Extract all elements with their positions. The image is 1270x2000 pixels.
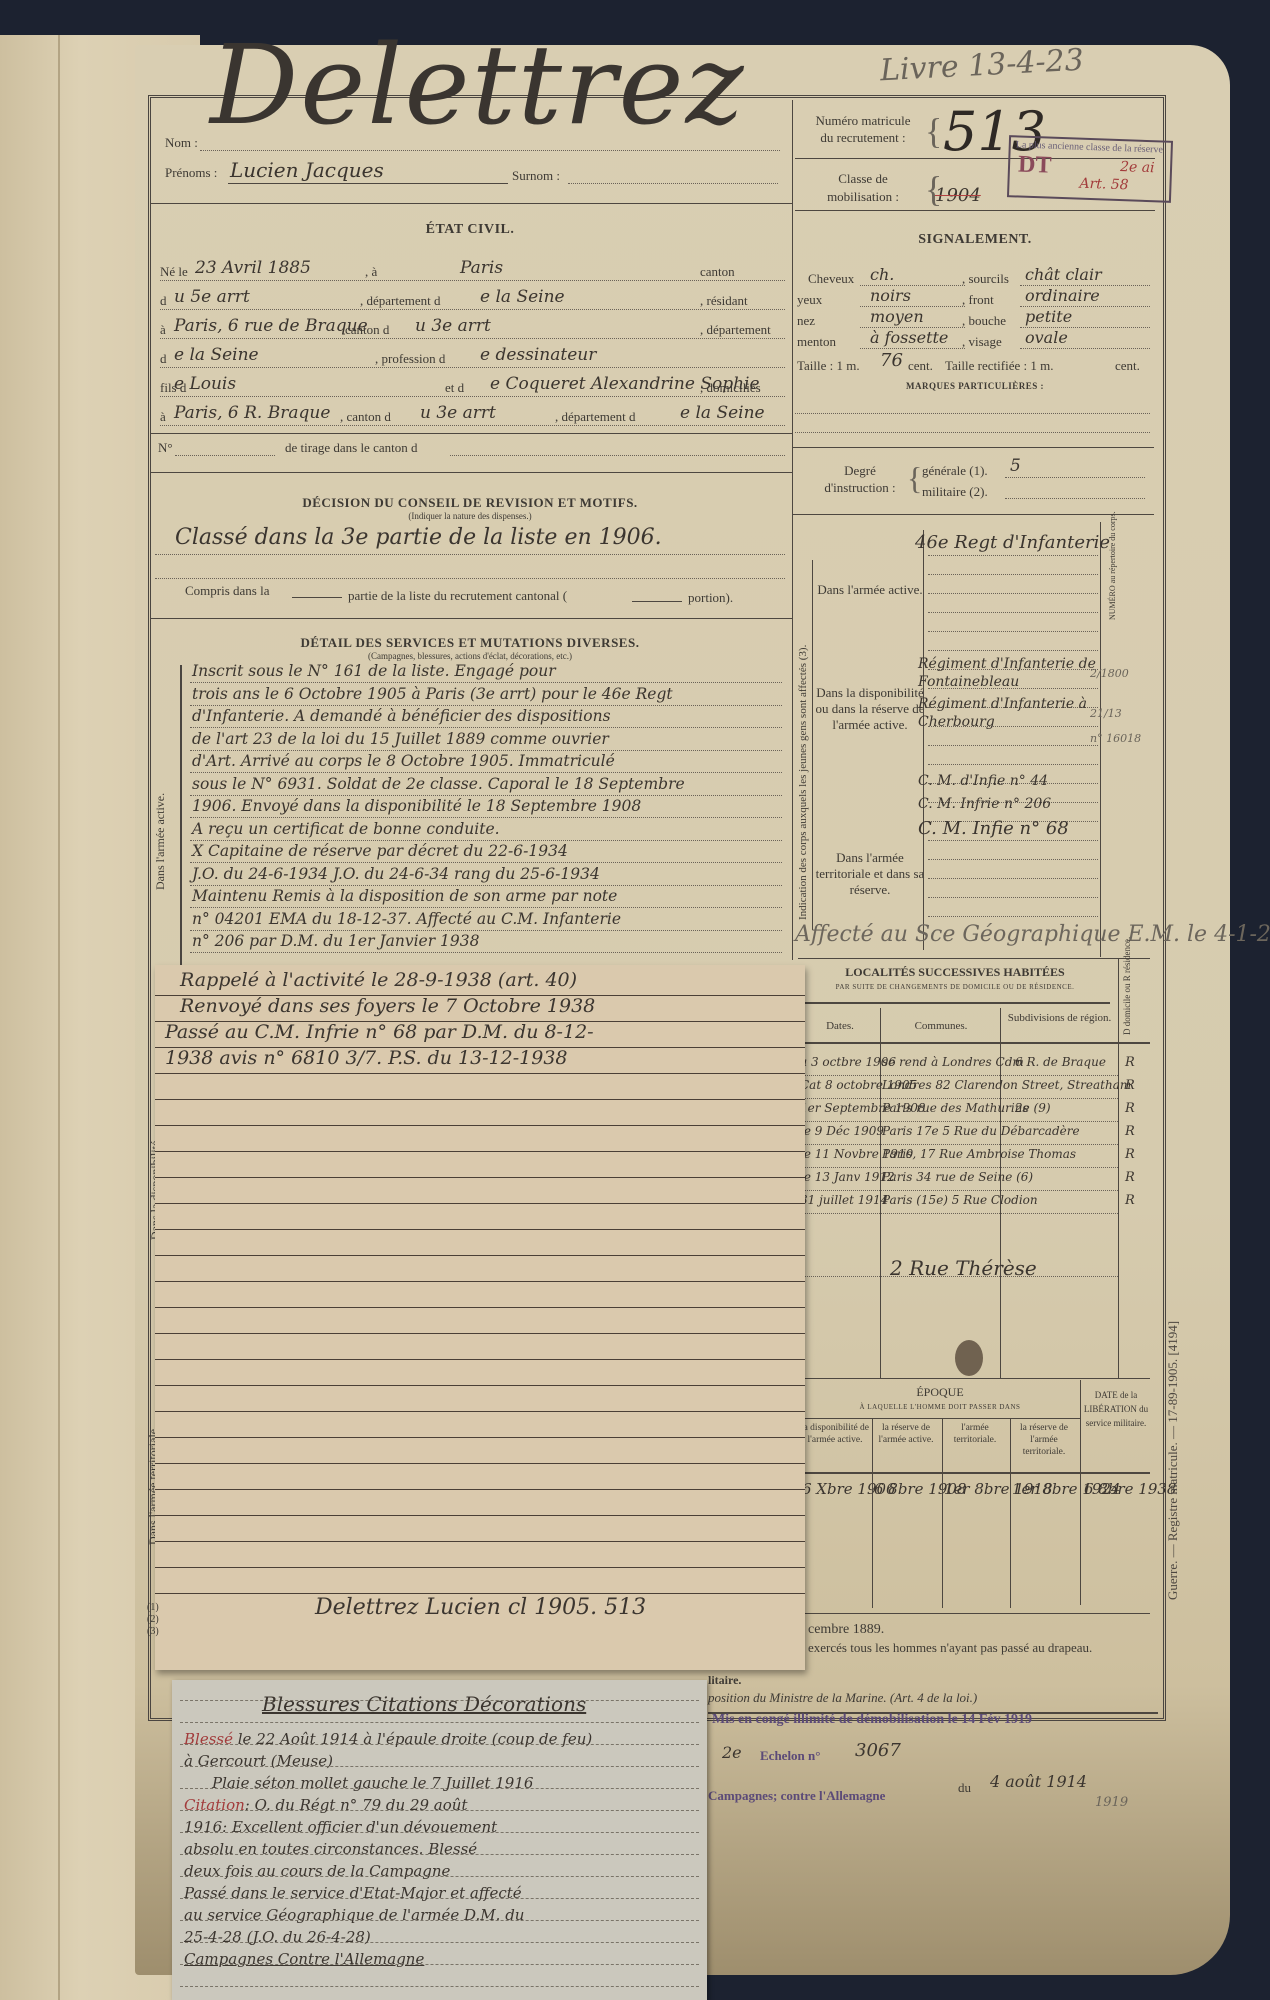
surnom-label: Surnom : xyxy=(512,168,560,184)
prenoms-value: Lucien Jacques xyxy=(230,158,384,182)
localites-commune: Paris, 17 Rue Ambroise Thomas xyxy=(882,1147,1076,1161)
blessure-line: au service Géographique de l'armée D.M. … xyxy=(184,1906,524,1924)
localites-col-dates: Dates. xyxy=(800,1020,880,1032)
corps-reserve-entry: C. M. d'Infie n° 44 xyxy=(918,772,1098,790)
etat-value: e la Seine xyxy=(480,287,565,307)
service-line: d'Infanterie. A demandé à bénéficier des… xyxy=(192,707,611,725)
nom-label: Nom : xyxy=(165,135,198,151)
liberation-value: 6 8bre 1938 xyxy=(1084,1480,1176,1498)
slip-service-line: Passé au C.M. Infrie n° 68 par D.M. du 8… xyxy=(165,1021,594,1043)
service-line: n° 04201 EMA du 18-12-37. Affecté au C.M… xyxy=(192,910,621,928)
ink-stain xyxy=(955,1340,983,1376)
epoque-subtitle: À LAQUELLE L'HOMME DOIT PASSER DANS xyxy=(800,1403,1080,1411)
footnote-markers: (1) (2) (3) xyxy=(147,1602,159,1638)
etat-value: u 3e arrt xyxy=(415,316,491,336)
campagnes-stamp: Campagnes; contre l'Allemagne xyxy=(708,1788,885,1804)
corps-reserve-entry: C. M. Infie n° 68 xyxy=(918,820,1098,838)
slip-signature: Delettrez Lucien cl 1905. 513 xyxy=(315,1595,646,1620)
localites-subdivision: 6 R. de Braque xyxy=(1015,1055,1106,1069)
etat-value: 23 Avril 1885 xyxy=(195,258,311,278)
localites-commune: 2 Rue Thérèse xyxy=(890,1256,1037,1280)
localites-date: le 13 Janv 1912 xyxy=(800,1170,895,1184)
taille-value: 76 xyxy=(880,350,903,371)
localites-type: R xyxy=(1125,1124,1135,1139)
blessure-line: 25-4-28 (J.O. du 26-4-28) xyxy=(184,1928,371,1946)
corps-active-label: Dans l'armée active. xyxy=(815,582,925,598)
services-title: DÉTAIL DES SERVICES ET MUTATIONS DIVERSE… xyxy=(150,635,790,651)
blessure-line: Plaie séton mollet gauche le 7 Juillet 1… xyxy=(212,1774,533,1792)
marine-note: position du Ministre de la Marine. (Art.… xyxy=(708,1690,977,1706)
service-line: J.O. du 24-6-1934 J.O. du 24-6-34 rang d… xyxy=(192,865,600,883)
localites-row: 2 Rue Thérèse xyxy=(800,1256,1150,1278)
service-line: 1906. Envoyé dans la disponibilité le 18… xyxy=(192,797,641,815)
service-line: trois ans le 6 Octobre 1905 à Paris (3e … xyxy=(192,685,673,703)
corps-reserve-entry: C. M. Infrie n° 206 xyxy=(918,795,1098,813)
localites-commune: se rend à Londres Cdm xyxy=(882,1055,1024,1069)
localites-commune: Londres 82 Clarendon Street, Streatham xyxy=(882,1078,1131,1092)
localites-commune: Paris 34 rue de Seine (6) xyxy=(882,1170,1033,1184)
blessure-line: Citation: O. du Régt n° 79 du 29 août xyxy=(184,1796,467,1814)
exerces-note: exercés tous les hommes n'ayant pas pass… xyxy=(808,1640,1092,1656)
localites-row: le 11 Novbre 1910Paris, 17 Rue Ambroise … xyxy=(800,1147,1150,1169)
service-line: sous le N° 6931. Soldat de 2e classe. Ca… xyxy=(192,775,685,793)
etat-value: e Louis xyxy=(174,374,236,394)
localites-row: le 9 Déc 1909Paris 17e 5 Rue du Débarcad… xyxy=(800,1124,1150,1146)
localites-row: 31 juillet 1914Paris (15e) 5 Rue Clodion… xyxy=(800,1193,1150,1215)
corps-reserve-entry: Régiment d'Infanterie à Cherbourg xyxy=(918,695,1098,731)
etat-civil-line: Né le23 Avril 1885, àPariscanton xyxy=(160,258,785,284)
red-keyword: Citation xyxy=(184,1796,245,1814)
signalement-value: à fossette xyxy=(870,328,948,347)
campagnes-from: 4 août 1914 xyxy=(990,1772,1087,1791)
slip-service-line: 1938 avis n° 6810 3/7. P.S. du 13-12-193… xyxy=(165,1047,568,1069)
etat-civil-line: du 5e arrt, département de la Seine, rés… xyxy=(160,287,785,313)
tirage-label: N° xyxy=(158,440,173,456)
etat-civil-line: àParis, 6 rue de Braquecanton du 3e arrt… xyxy=(160,316,785,342)
signalement-value: petite xyxy=(1025,307,1072,326)
corps-vertical-label: Indication des corps auxquels les jeunes… xyxy=(797,645,809,920)
blessure-line: 1916: Excellent officier d'un dévouement xyxy=(184,1818,497,1836)
conseil-subtitle: (Indiquer la nature des dispenses.) xyxy=(150,511,790,521)
classe-value: 1904 xyxy=(935,185,981,206)
localites-col-subdivisions: Subdivisions de région. xyxy=(1002,1012,1117,1025)
echelon-hw: 2e xyxy=(722,1743,742,1762)
epoque-col-header: la disponibilité de l'armée active. xyxy=(800,1422,870,1446)
localites-type: R xyxy=(1125,1193,1135,1208)
corps-footer-note: Affecté au Sce Géographique E.M. le 4-1-… xyxy=(795,922,1270,947)
decembre-note: cembre 1889. xyxy=(808,1622,884,1638)
signalement-value: ordinaire xyxy=(1025,286,1100,305)
blessures-title: Blessures Citations Décorations xyxy=(262,1692,586,1716)
localites-type: R xyxy=(1125,1101,1135,1116)
localites-commune: Paris (15e) 5 Rue Clodion xyxy=(882,1193,1038,1207)
conseil-title: DÉCISION DU CONSEIL DE REVISION ET MOTIF… xyxy=(150,495,790,511)
corps-repertoire-number: 21/13 xyxy=(1090,707,1122,720)
compris-label: Compris dans la xyxy=(185,583,270,599)
conge-stamp: Mis en congé illimité de démobilisation … xyxy=(712,1712,1032,1728)
blessure-line: Passé dans le service d'Etat-Major et af… xyxy=(184,1884,522,1902)
service-line: Maintenu Remis à la disposition de son a… xyxy=(192,887,617,905)
localites-date: le 9 Déc 1909 xyxy=(800,1124,884,1138)
etat-value: u 3e arrt xyxy=(420,403,496,423)
prenoms-label: Prénoms : xyxy=(165,165,217,181)
epoque-col-header: la réserve de l'armée active. xyxy=(872,1422,940,1446)
corps-active-entry: 46e Regt d'Infanterie xyxy=(915,532,1110,553)
etat-value: Paris xyxy=(460,258,503,278)
etat-value: e la Seine xyxy=(680,403,765,423)
classe-label: Classe de mobilisation : xyxy=(808,170,918,206)
slip-service-line: Renvoyé dans ses foyers le 7 Octobre 193… xyxy=(180,995,595,1017)
book-spine-fold xyxy=(58,35,60,2000)
etat-civil-line: fils de Louiset de Coqueret Alexandrine … xyxy=(160,374,785,400)
localites-subtitle: PAR SUITE DE CHANGEMENTS DE DOMICILE OU … xyxy=(800,983,1110,991)
etat-value: e la Seine xyxy=(174,345,259,365)
blessure-line: deux fois au cours de la Campagne xyxy=(184,1862,450,1880)
etat-civil-line: àParis, 6 R. Braque, canton du 3e arrt, … xyxy=(160,403,785,429)
service-line: X Capitaine de réserve par décret du 22-… xyxy=(192,842,568,860)
service-line: de l'art 23 de la loi du 15 Juillet 1889… xyxy=(192,730,609,748)
epoque-col-header: l'armée territoriale. xyxy=(942,1422,1008,1446)
reserve-stamp: La plus ancienne classe de la réserve DT… xyxy=(1007,135,1173,203)
localites-row: le 13 Janv 1912Paris 34 rue de Seine (6)… xyxy=(800,1170,1150,1192)
epoque-title: ÉPOQUE xyxy=(800,1385,1080,1400)
signalement-value: noirs xyxy=(870,286,911,305)
conseil-decision: Classé dans la 3e partie de la liste en … xyxy=(175,525,662,550)
corps-repertoire-number: 2/1800 xyxy=(1090,667,1129,680)
pasted-slip-services: Rappelé à l'activité le 28-9-1938 (art. … xyxy=(155,965,805,1670)
marques-label: MARQUES PARTICULIÈRES : xyxy=(795,381,1155,391)
signalement-value: chât clair xyxy=(1025,265,1102,284)
litaire-note: litaire. xyxy=(708,1673,741,1688)
localites-type: R xyxy=(1125,1147,1135,1162)
localites-commune: Paris 17e 5 Rue du Débarcadère xyxy=(882,1124,1080,1138)
etat-value: u 5e arrt xyxy=(174,287,250,307)
service-line: d'Art. Arrivé au corps le 8 Octobre 1905… xyxy=(192,752,615,770)
service-line: n° 206 par D.M. du 1er Janvier 1938 xyxy=(192,932,480,950)
localites-type: R xyxy=(1125,1078,1135,1093)
etat-civil-line: de la Seine, profession de dessinateur xyxy=(160,345,785,371)
corps-reserve-label: Dans la disponibilité ou dans la réserve… xyxy=(815,685,925,733)
localites-row: 1er Septembre 1908Paris rue des Mathurin… xyxy=(800,1101,1150,1123)
services-subtitle: (Campagnes, blessures, actions d'éclat, … xyxy=(150,651,790,661)
localites-row: Cat 8 octobre 1905Londres 82 Clarendon S… xyxy=(800,1078,1150,1100)
corps-territoriale-label: Dans l'armée territoriale et dans sa rés… xyxy=(815,850,925,898)
blessure-line: Blessé le 22 Août 1914 à l'épaule droite… xyxy=(184,1730,592,1748)
blessure-line: absolu en toutes circonstances. Blessé xyxy=(184,1840,477,1858)
liberation-label: DATE de la LIBÉRATION du service militai… xyxy=(1082,1388,1150,1430)
etat-civil-title: ÉTAT CIVIL. xyxy=(150,222,790,238)
signalement-value: ovale xyxy=(1025,328,1068,347)
taille-label: Taille : 1 m. xyxy=(797,358,860,374)
localites-date: 31 juillet 1914 xyxy=(800,1193,888,1207)
nom-value: Delettrez xyxy=(210,30,746,140)
corps-reserve-entry: Régiment d'Infanterie de Fontainebleau xyxy=(918,655,1098,691)
blessure-line: à Gercourt (Meuse) xyxy=(184,1752,333,1770)
localites-type: R xyxy=(1125,1170,1135,1185)
localites-title: LOCALITÉS SUCCESSIVES HABITÉES xyxy=(800,965,1110,980)
instruction-generale-value: 5 xyxy=(1010,456,1021,476)
blessure-line: Campagnes Contre l'Allemagne xyxy=(184,1950,424,1968)
register-footer: Guerre. — Registre matricule. — 17-89-19… xyxy=(1165,1321,1181,1600)
pasted-slip-blessures: Blessures Citations Décorations Blessé l… xyxy=(172,1680,707,2000)
slip-service-line: Rappelé à l'activité le 28-9-1938 (art. … xyxy=(180,969,577,991)
service-line: A reçu un certificat de bonne conduite. xyxy=(192,820,500,838)
campagnes-to: 1919 xyxy=(1095,1795,1128,1810)
tirage-label2: de tirage dans le canton d xyxy=(285,440,417,456)
localites-subdivision: 2e (9) xyxy=(1015,1101,1051,1115)
red-keyword: Blessé xyxy=(184,1730,233,1748)
etat-value: e dessinateur xyxy=(480,345,596,365)
signalement-title: SIGNALEMENT. xyxy=(795,232,1155,248)
localites-col-type: D domicile ou R résidence. xyxy=(1122,937,1132,1035)
stamp-mark: DT xyxy=(1018,151,1052,179)
localites-col-communes: Communes. xyxy=(882,1020,1000,1032)
signalement-value: moyen xyxy=(870,307,924,326)
taille-rectifiee-label: Taille rectifiée : 1 m. xyxy=(945,358,1053,374)
service-line: Inscrit sous le N° 161 de la liste. Enga… xyxy=(192,662,556,680)
etat-value: Paris, 6 R. Braque xyxy=(174,403,330,423)
echelon-label: Echelon n° xyxy=(760,1748,820,1764)
epoque-col-header: la réserve de l'armée territoriale. xyxy=(1010,1422,1078,1458)
signalement-value: ch. xyxy=(870,265,894,284)
localites-commune: Paris rue des Mathurins xyxy=(882,1101,1029,1115)
matricule-label: Numéro matricule du recrutement : xyxy=(808,112,918,146)
side-label-active: Dans l'armée active. xyxy=(153,793,168,890)
etat-value: Paris, 6 rue de Braque xyxy=(174,316,368,336)
localites-type: R xyxy=(1125,1055,1135,1070)
echelon-value: 3067 xyxy=(855,1740,901,1761)
localites-row: à 3 octbre 1906se rend à Londres Cdm6 R.… xyxy=(800,1055,1150,1077)
numero-repertoire-label: NUMÉRO au répertoire du corps. xyxy=(1108,511,1117,620)
instruction-label: Degré d'instruction : xyxy=(815,462,905,496)
corps-repertoire-number: n° 16018 xyxy=(1090,732,1141,745)
